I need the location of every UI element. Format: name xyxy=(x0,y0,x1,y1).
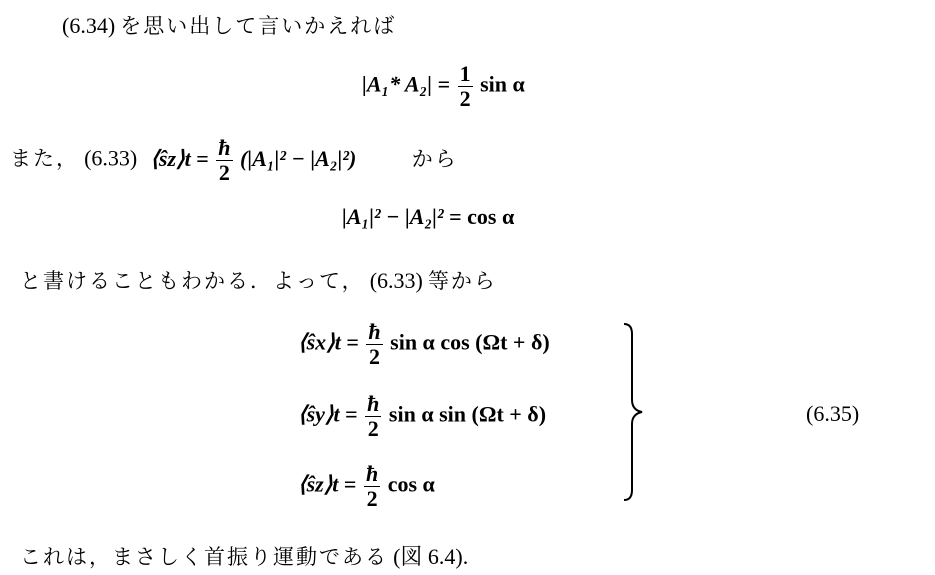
body-text: これは，まさしく首振り運動である xyxy=(20,545,388,569)
sz-expectation-line: また， (6.33) ⟨ŝz⟩t = ħ 2 (|A₁|² − |A₂|²) か… xyxy=(10,136,458,185)
equals-sign: = xyxy=(449,204,462,229)
equation-sx: ⟨ŝx⟩t = ħ 2 sin α cos (Ωt + δ) xyxy=(298,320,550,369)
equation-rhs: cos α xyxy=(467,204,514,229)
body-text: 等から xyxy=(428,269,497,293)
equation-rhs: sin α cos (Ωt + δ) xyxy=(390,330,550,355)
body-text: また， xyxy=(10,147,79,171)
equation-lhs: |A₁* A₂| xyxy=(362,72,432,97)
numerator: ħ xyxy=(365,392,381,417)
equation-reference: (6.34) xyxy=(62,13,115,38)
denominator: 2 xyxy=(216,161,232,185)
equation-reference: (6.33) xyxy=(84,146,137,171)
intro-line: (6.34) を思い出して言いかえれば xyxy=(62,10,396,40)
numerator: ħ xyxy=(364,462,380,487)
equation-lhs: ⟨ŝx⟩t xyxy=(298,330,341,355)
denominator: 2 xyxy=(366,345,382,369)
fraction: ħ 2 xyxy=(365,392,381,441)
equation-number: (6.35) xyxy=(806,401,859,427)
figure-reference: (図 6.4). xyxy=(393,544,468,569)
denominator: 2 xyxy=(458,87,473,111)
fraction: ħ 2 xyxy=(364,462,380,511)
fraction: ħ 2 xyxy=(366,320,382,369)
body-text: を思い出して言いかえれば xyxy=(120,14,396,38)
equation-lhs: ⟨ŝz⟩t xyxy=(150,146,190,171)
equation-rhs: cos α xyxy=(388,472,435,497)
equation-reference: (6.33) xyxy=(370,268,423,293)
numerator: 1 xyxy=(458,62,473,87)
equation-rhs: (|A₁|² − |A₂|²) xyxy=(240,146,356,171)
fraction: ħ 2 xyxy=(216,136,232,185)
equation-lhs: ⟨ŝz⟩t xyxy=(298,472,338,497)
equals-sign: = xyxy=(346,330,359,355)
equation-amplitude-product: |A₁* A₂| = 1 2 sin α xyxy=(362,62,525,111)
fraction: 1 2 xyxy=(458,62,473,111)
denominator: 2 xyxy=(364,487,380,511)
equation-sz: ⟨ŝz⟩t = ħ 2 cos α xyxy=(298,462,435,511)
denominator: 2 xyxy=(365,417,381,441)
closing-line: これは，まさしく首振り運動である (図 6.4). xyxy=(20,540,468,571)
equation-rhs: sin α xyxy=(480,72,525,97)
equation-sy: ⟨ŝy⟩t = ħ 2 sin α sin (Ωt + δ) xyxy=(298,392,546,441)
equation-amplitude-difference: |A₁|² − |A₂|² = cos α xyxy=(342,204,514,230)
equation-rhs: sin α sin (Ωt + δ) xyxy=(389,402,546,427)
equals-sign: = xyxy=(438,72,451,97)
body-text: から xyxy=(412,147,458,171)
equals-sign: = xyxy=(344,472,357,497)
numerator: ħ xyxy=(366,320,382,345)
numerator: ħ xyxy=(216,136,232,161)
equals-sign: = xyxy=(345,402,358,427)
equals-sign: = xyxy=(196,146,209,171)
equation-lhs: ⟨ŝy⟩t xyxy=(298,402,340,427)
equation-lhs: |A₁|² − |A₂|² xyxy=(342,204,444,229)
conclusion-line: と書けることもわかる．よって， (6.33) 等から xyxy=(20,265,497,295)
right-brace-icon xyxy=(618,322,648,502)
body-text: と書けることもわかる．よって， xyxy=(20,269,365,293)
